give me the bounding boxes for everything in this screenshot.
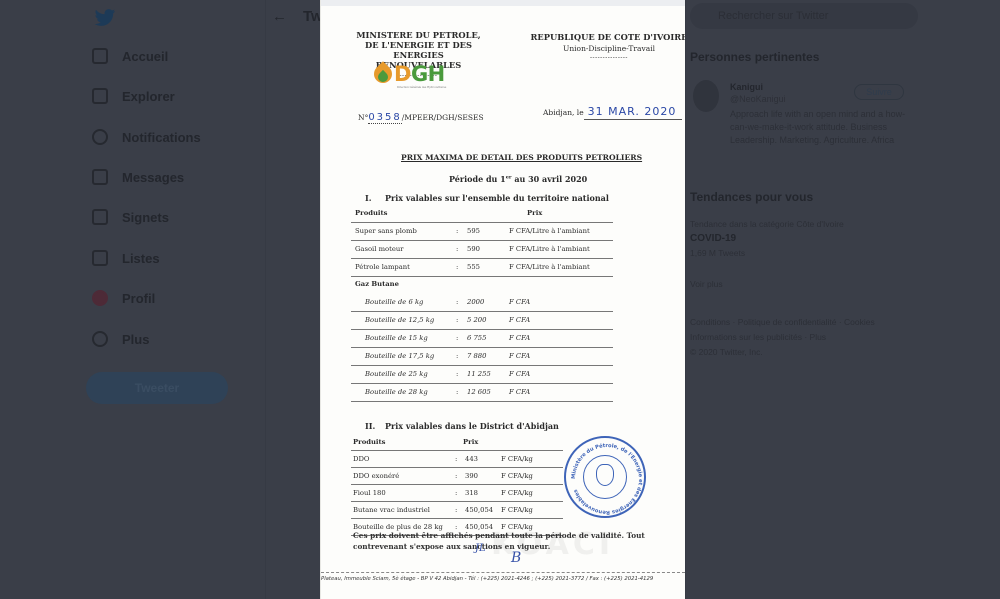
period: Période du 1er au 30 avril 2020 [449,174,587,184]
price-unit: F CFA [509,388,530,396]
sidebar-item-notifications[interactable]: Notifications [92,125,201,149]
sidebar-item-messages[interactable]: Messages [92,165,184,189]
list-icon [92,250,108,266]
separator: : [456,263,458,271]
image-top-edge [321,0,685,6]
republic-header: REPUBLIQUE DE COTE D'IVOIRE Union-Discip… [529,32,685,61]
reference-number: N°0358/MPEER/DGH/SESES [358,112,484,123]
sidebar-item-label: Accueil [122,49,168,64]
price-value: 2000 [467,298,484,306]
section-number: II. [365,421,385,431]
table-header: Gaz Butane [351,276,613,294]
price-unit: F CFA/kg [501,455,533,463]
sidebar-item-label: Listes [122,251,160,266]
motto: Union-Discipline-Travail [529,44,685,53]
initials: JL [475,543,486,554]
trends-heading: Tendances pour vous [690,190,813,204]
separator: : [456,334,458,342]
product-name: DDO exonéré [353,472,399,480]
date-prefix: Abidjan, le [543,108,584,117]
table-row: Pétrole lampant:555F CFA/Litre à l'ambia… [351,259,613,277]
product-name: Super sans plomb [355,227,417,235]
price-unit: F CFA/kg [501,472,533,480]
notice-text: Ces prix doivent être affichés pendant t… [353,530,685,552]
trend-name[interactable]: COVID-19 [690,233,736,244]
separator: : [455,472,457,480]
separator: : [455,506,457,514]
price-value: 595 [467,227,480,235]
table-row: Bouteille de 6 kg:2000F CFA [351,294,613,312]
elephant-emblem-icon [596,464,614,486]
price-unit: F CFA [509,298,530,306]
sidebar-item-plus[interactable]: Plus [92,327,149,351]
more-icon [92,331,108,347]
home-icon [92,48,108,64]
back-arrow-icon[interactable]: ← [272,8,287,25]
abidjan-price-table: Produits Prix DDO:443F CFA/kgDDO exonéré… [351,434,563,536]
section-title: Prix valables dans le District d'Abidjan [385,421,559,431]
sidebar-item-signets[interactable]: Signets [92,205,169,229]
product-name: Bouteille de 15 kg [365,334,428,342]
footer-divider [321,572,685,573]
follow-button[interactable]: Suivre [854,84,904,100]
column-divider [685,0,686,599]
table-row: Fioul 180:318F CFA/kg [351,485,563,502]
table-row: Super sans plomb:595F CFA/Litre à l'ambi… [351,223,613,241]
price-unit: F CFA/Litre à l'ambiant [509,227,590,235]
twitter-bird-icon[interactable] [94,8,116,28]
table-row: Bouteille de 12,5 kg:5 200F CFA [351,312,613,330]
price-value: 443 [465,455,478,463]
price-unit: F CFA/kg [501,506,533,514]
dgh-logo: DGH Direction Générale des Hydrocarbures [373,63,445,87]
footer-links[interactable]: Informations sur les publicités · Plus [690,332,826,342]
price-unit: F CFA/kg [501,489,533,497]
sidebar-item-label: Explorer [122,89,175,104]
section-2-heading: II.Prix valables dans le District d'Abid… [365,421,559,431]
price-value: 450,054 [465,506,493,514]
logo-subtitle: Direction Générale des Hydrocarbures [397,86,446,89]
separator: : [455,489,457,497]
sidebar-item-listes[interactable]: Listes [92,246,160,270]
product-name: Bouteille de 17,5 kg [365,352,434,360]
seal-inner-ring [583,455,627,499]
section-1-heading: I.Prix valables sur l'ensemble du territ… [365,193,609,203]
price-unit: F CFA [509,352,530,360]
price-unit: F CFA [509,370,530,378]
sidebar-item-label: Plus [122,332,149,347]
bookmark-icon [92,209,108,225]
sidebar-item-profil[interactable]: Profil [92,286,155,310]
separator: : [456,245,458,253]
sidebar-item-accueil[interactable]: Accueil [92,44,168,68]
date-stamp: 31 MAR. 2020 [584,105,683,120]
ref-suffix: /MPEER/DGH/SESES [402,113,484,122]
footer-links[interactable]: Conditions · Politique de confidentialit… [690,317,875,327]
trend-count: 1,69 M Tweets [690,248,745,258]
copyright: © 2020 Twitter, Inc. [690,347,763,357]
separator: : [455,455,457,463]
table-row: Gasoil moteur:590F CFA/Litre à l'ambiant [351,241,613,259]
column-divider [265,0,266,599]
product-name: Pétrole lampant [355,263,410,271]
product-name: Bouteille de 6 kg [365,298,423,306]
price-value: 7 880 [467,352,486,360]
butane-price-table: Gaz Butane Bouteille de 6 kg:2000F CFABo… [351,276,613,402]
price-value: 318 [465,489,478,497]
logo-letter-d: D [394,62,411,86]
table-row: DDO:443F CFA/kg [351,451,563,468]
sidebar-item-label: Messages [122,170,184,185]
ref-prefix: N° [358,113,368,122]
price-unit: F CFA [509,334,530,342]
logo-text: DGH [394,63,445,85]
sidebar-item-explorer[interactable]: Explorer [92,84,175,108]
trend-context: Tendance dans la catégorie Côte d'Ivoire [690,219,844,229]
table-row: Bouteille de 28 kg:12 605F CFA [351,384,613,402]
flame-drop-icon [373,63,393,87]
document-date: Abidjan, le31 MAR. 2020 [543,105,682,120]
price-unit: F CFA/Litre à l'ambiant [509,263,590,271]
table-header: Produits Prix [351,434,563,451]
table-row: Bouteille de 15 kg:6 755F CFA [351,330,613,348]
republic-name: REPUBLIQUE DE COTE D'IVOIRE [529,32,685,42]
col-price: Prix [463,438,478,446]
period-start: Période du 1 [449,174,506,184]
price-unit: F CFA/Litre à l'ambiant [509,245,590,253]
price-value: 590 [467,245,480,253]
people-heading: Personnes pertinentes [690,50,819,64]
price-value: 5 200 [467,316,486,324]
show-more-link[interactable]: Voir plus [690,279,723,289]
sidebar-item-label: Notifications [122,130,201,145]
price-value: 11 255 [467,370,491,378]
separator: : [456,352,458,360]
separator: : [456,227,458,235]
product-name: Fioul 180 [353,489,386,497]
separator: : [456,370,458,378]
section-number: I. [365,193,385,203]
price-value: 555 [467,263,480,271]
person-handle: @NeoKanigui [730,94,786,104]
hashtag-icon [92,88,108,104]
price-value: 6 755 [467,334,486,342]
official-seal-stamp: Ministère du Pétrole, de l'Energie et de… [564,436,646,518]
signature: B [511,550,521,566]
bell-icon [92,129,108,145]
tweet-button[interactable]: Tweeter [86,372,228,404]
national-price-table: Produits Prix Super sans plomb:595F CFA/… [351,205,613,277]
price-value: 12 605 [467,388,491,396]
sidebar-item-label: Signets [122,210,169,225]
logo-letters-gh: GH [411,62,445,86]
period-end: au 30 avril 2020 [512,174,588,184]
ministry-line: DE L'ENERGIE ET DES ENERGIES [341,40,496,60]
person-name[interactable]: Kanigui [730,82,763,92]
col-product: Produits [355,209,387,217]
envelope-icon [92,169,108,185]
product-name: Gasoil moteur [355,245,404,253]
table-row: Bouteille de 25 kg:11 255F CFA [351,366,613,384]
table-header: Produits Prix [351,205,613,223]
document-title: PRIX MAXIMA DE DETAIL DES PRODUITS PETRO… [401,153,642,162]
product-name: Bouteille de 28 kg [365,388,428,396]
document-image: MINISTERE DU PETROLE, DE L'ENERGIE ET DE… [320,0,685,599]
avatar[interactable] [693,80,719,112]
person-bio: Approach life with an open mind and a ho… [730,108,920,147]
search-input[interactable]: Rechercher sur Twitter [690,3,918,29]
separator: : [456,298,458,306]
table-row: Bouteille de 17,5 kg:7 880F CFA [351,348,613,366]
gas-heading: Gaz Butane [355,280,399,288]
product-name: Bouteille de 12,5 kg [365,316,434,324]
section-title: Prix valables sur l'ensemble du territoi… [385,193,609,203]
ref-number: 0358 [368,112,401,124]
product-name: DDO [353,455,369,463]
separator: : [456,316,458,324]
ministry-line: MINISTERE DU PETROLE, [341,30,496,40]
col-product: Produits [353,438,385,446]
price-value: 390 [465,472,478,480]
avatar-icon [92,290,108,306]
footer-address: Plateau, Immeuble Sciam, 5è étage - BP V… [321,576,653,582]
separator: : [456,388,458,396]
divider-dashes: --------------- [529,54,685,61]
price-unit: F CFA [509,316,530,324]
table-row: DDO exonéré:390F CFA/kg [351,468,563,485]
product-name: Butane vrac industriel [353,506,430,514]
sidebar-item-label: Profil [122,291,155,306]
table-row: Butane vrac industriel:450,054F CFA/kg [351,502,563,519]
product-name: Bouteille de 25 kg [365,370,428,378]
col-price: Prix [527,209,542,217]
